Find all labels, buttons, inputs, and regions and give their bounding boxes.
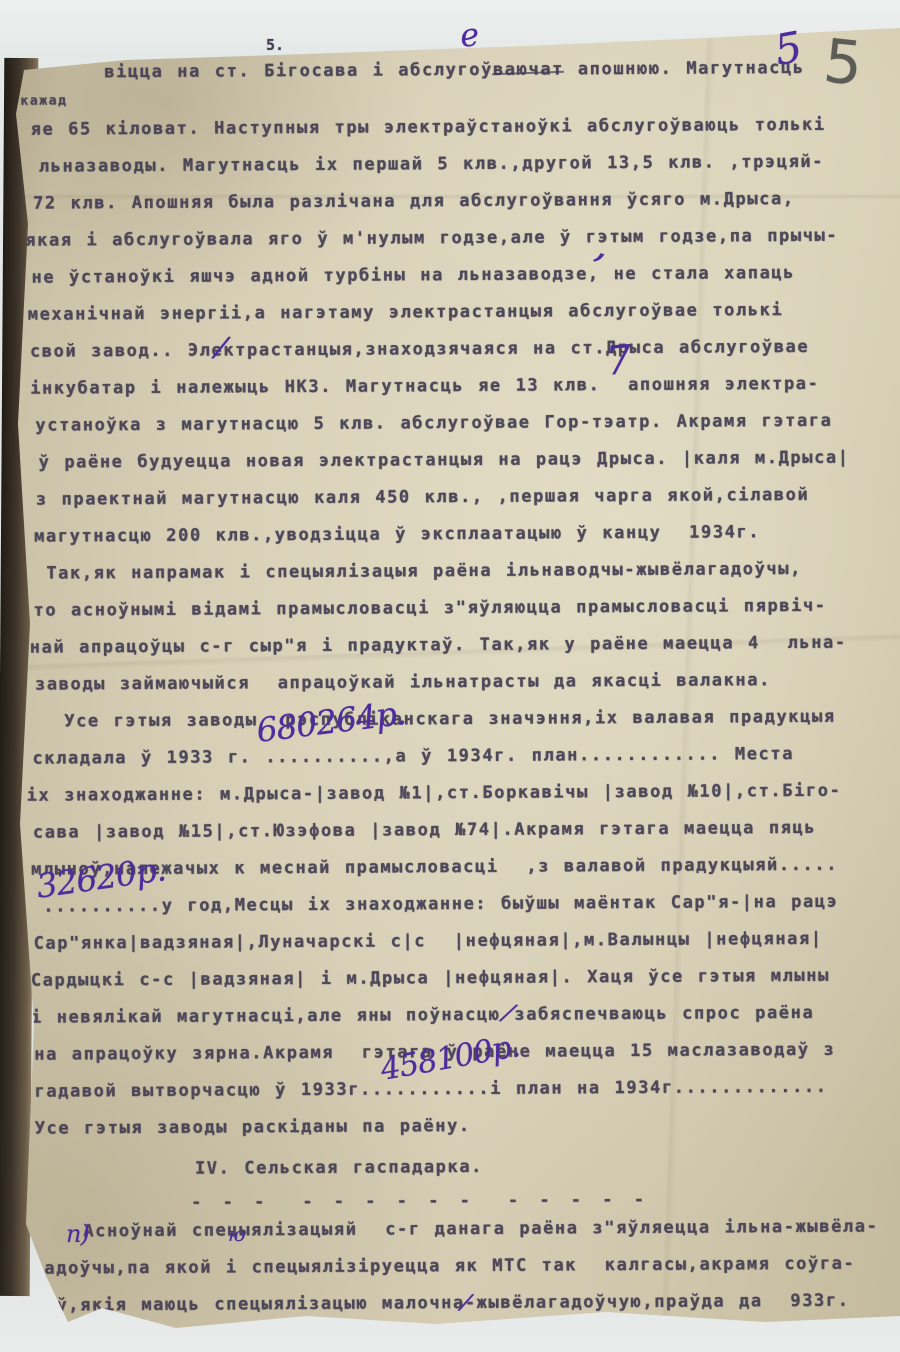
typed-line: на апрацоўку зярна.Акрамя гэтага ў раёне… (34, 1031, 890, 1073)
typed-line: 72 клв. Апошняя была разлічана для абслу… (33, 180, 885, 222)
typed-line: складала ў 1933 г. ..........,а ў 1934г.… (32, 735, 888, 777)
typed-line: то асноўнымі відамі прамысловасці з"яўля… (33, 587, 887, 629)
typed-line: Усе гэтыя заводы раскіданы па раёну. (35, 1105, 891, 1147)
typed-line: механічнай энергіі,а нагэтаму электраста… (28, 291, 886, 333)
typed-line: гадоўчы,па якой і спецыялізіруецца як МТ… (32, 1245, 891, 1287)
typed-line: віцца на ст. Бігосава і абслугоўваючат а… (104, 49, 884, 91)
typed-line: не ўстаноўкі яшчэ адной турбіны на льназ… (31, 254, 885, 296)
scanned-paper-sheet: віцца на ст. Бігосава і абслугоўваючат а… (6, 24, 900, 1338)
typed-line: Так,як напрамак і спецыялізацыя раёна іл… (46, 550, 887, 592)
section-heading: ІV. Сельская гаспадарка. (195, 1146, 891, 1184)
typed-line: сава |завод №15|,ст.Юзэфова |завод №74|.… (33, 809, 889, 851)
typed-line: Асноўнай спецыялізацыяй с-г данага раёна… (83, 1208, 891, 1250)
typed-text: віцца на ст. Бігосава і абслугоўваючат а… (38, 49, 892, 1324)
typed-line: Усе гэтыя заводы рэспубліканскага значэн… (64, 698, 888, 740)
typed-line: Сар"янка|вадзяная|,Луначарскі с|с |нефця… (33, 920, 889, 962)
typed-line: ..........у год,Месцы іх знаходжанне: бы… (43, 883, 889, 925)
typed-line: най апрацоўцы с-г сыр"я і прадуктаў. Так… (30, 624, 888, 666)
typed-line: яе 65 кіловат. Наступныя тры электраўста… (30, 106, 884, 148)
typed-line: і невялікай магутнасці,але яны поўнасцю … (31, 994, 890, 1036)
typed-page-number: 5. (266, 36, 284, 54)
typed-line: свой завод.. Электрастанцыя,знаходзячаяс… (30, 328, 886, 370)
typed-line: саў,якія маюць спецыялізацыю малочна-жыв… (33, 1282, 892, 1324)
typed-line: магутнасцю 200 клв.,уводзіцца ў эксплаат… (34, 513, 887, 555)
typed-line: - - - - - - - - - - - - - - (191, 1180, 891, 1212)
typed-line: гадавой вытворчасцю ў 1933г...........і … (34, 1068, 890, 1110)
typed-line: млыноў,належачых к меснай прамысловасці … (31, 846, 889, 888)
typed-line: іх знаходжанне: м.Дрыса-|завод №1|,ст.Бо… (27, 772, 889, 814)
typed-line: Сардыцкі с-с |вадзяная| і м.Дрыса |нефця… (31, 957, 890, 999)
typed-line: з праектнай магутнасцю каля 450 клв., ,п… (36, 476, 887, 518)
typed-line: льназаводы. Магутнасць іх першай 5 клв.,… (39, 143, 885, 185)
typed-line: ў раёне будуецца новая электрастанцыя на… (39, 439, 887, 481)
typed-line: інкубатар і належыць НКЗ. Магутнасць яе … (30, 365, 886, 407)
typed-line: заводы займаючыйся апрацоўкай ільнатраст… (35, 661, 888, 703)
typed-line: устаноўка з магутнасцю 5 клв. абслугоўва… (35, 402, 886, 444)
typed-line: якая і абслугоўвала яго ў м'нулым годзе,… (25, 217, 885, 259)
